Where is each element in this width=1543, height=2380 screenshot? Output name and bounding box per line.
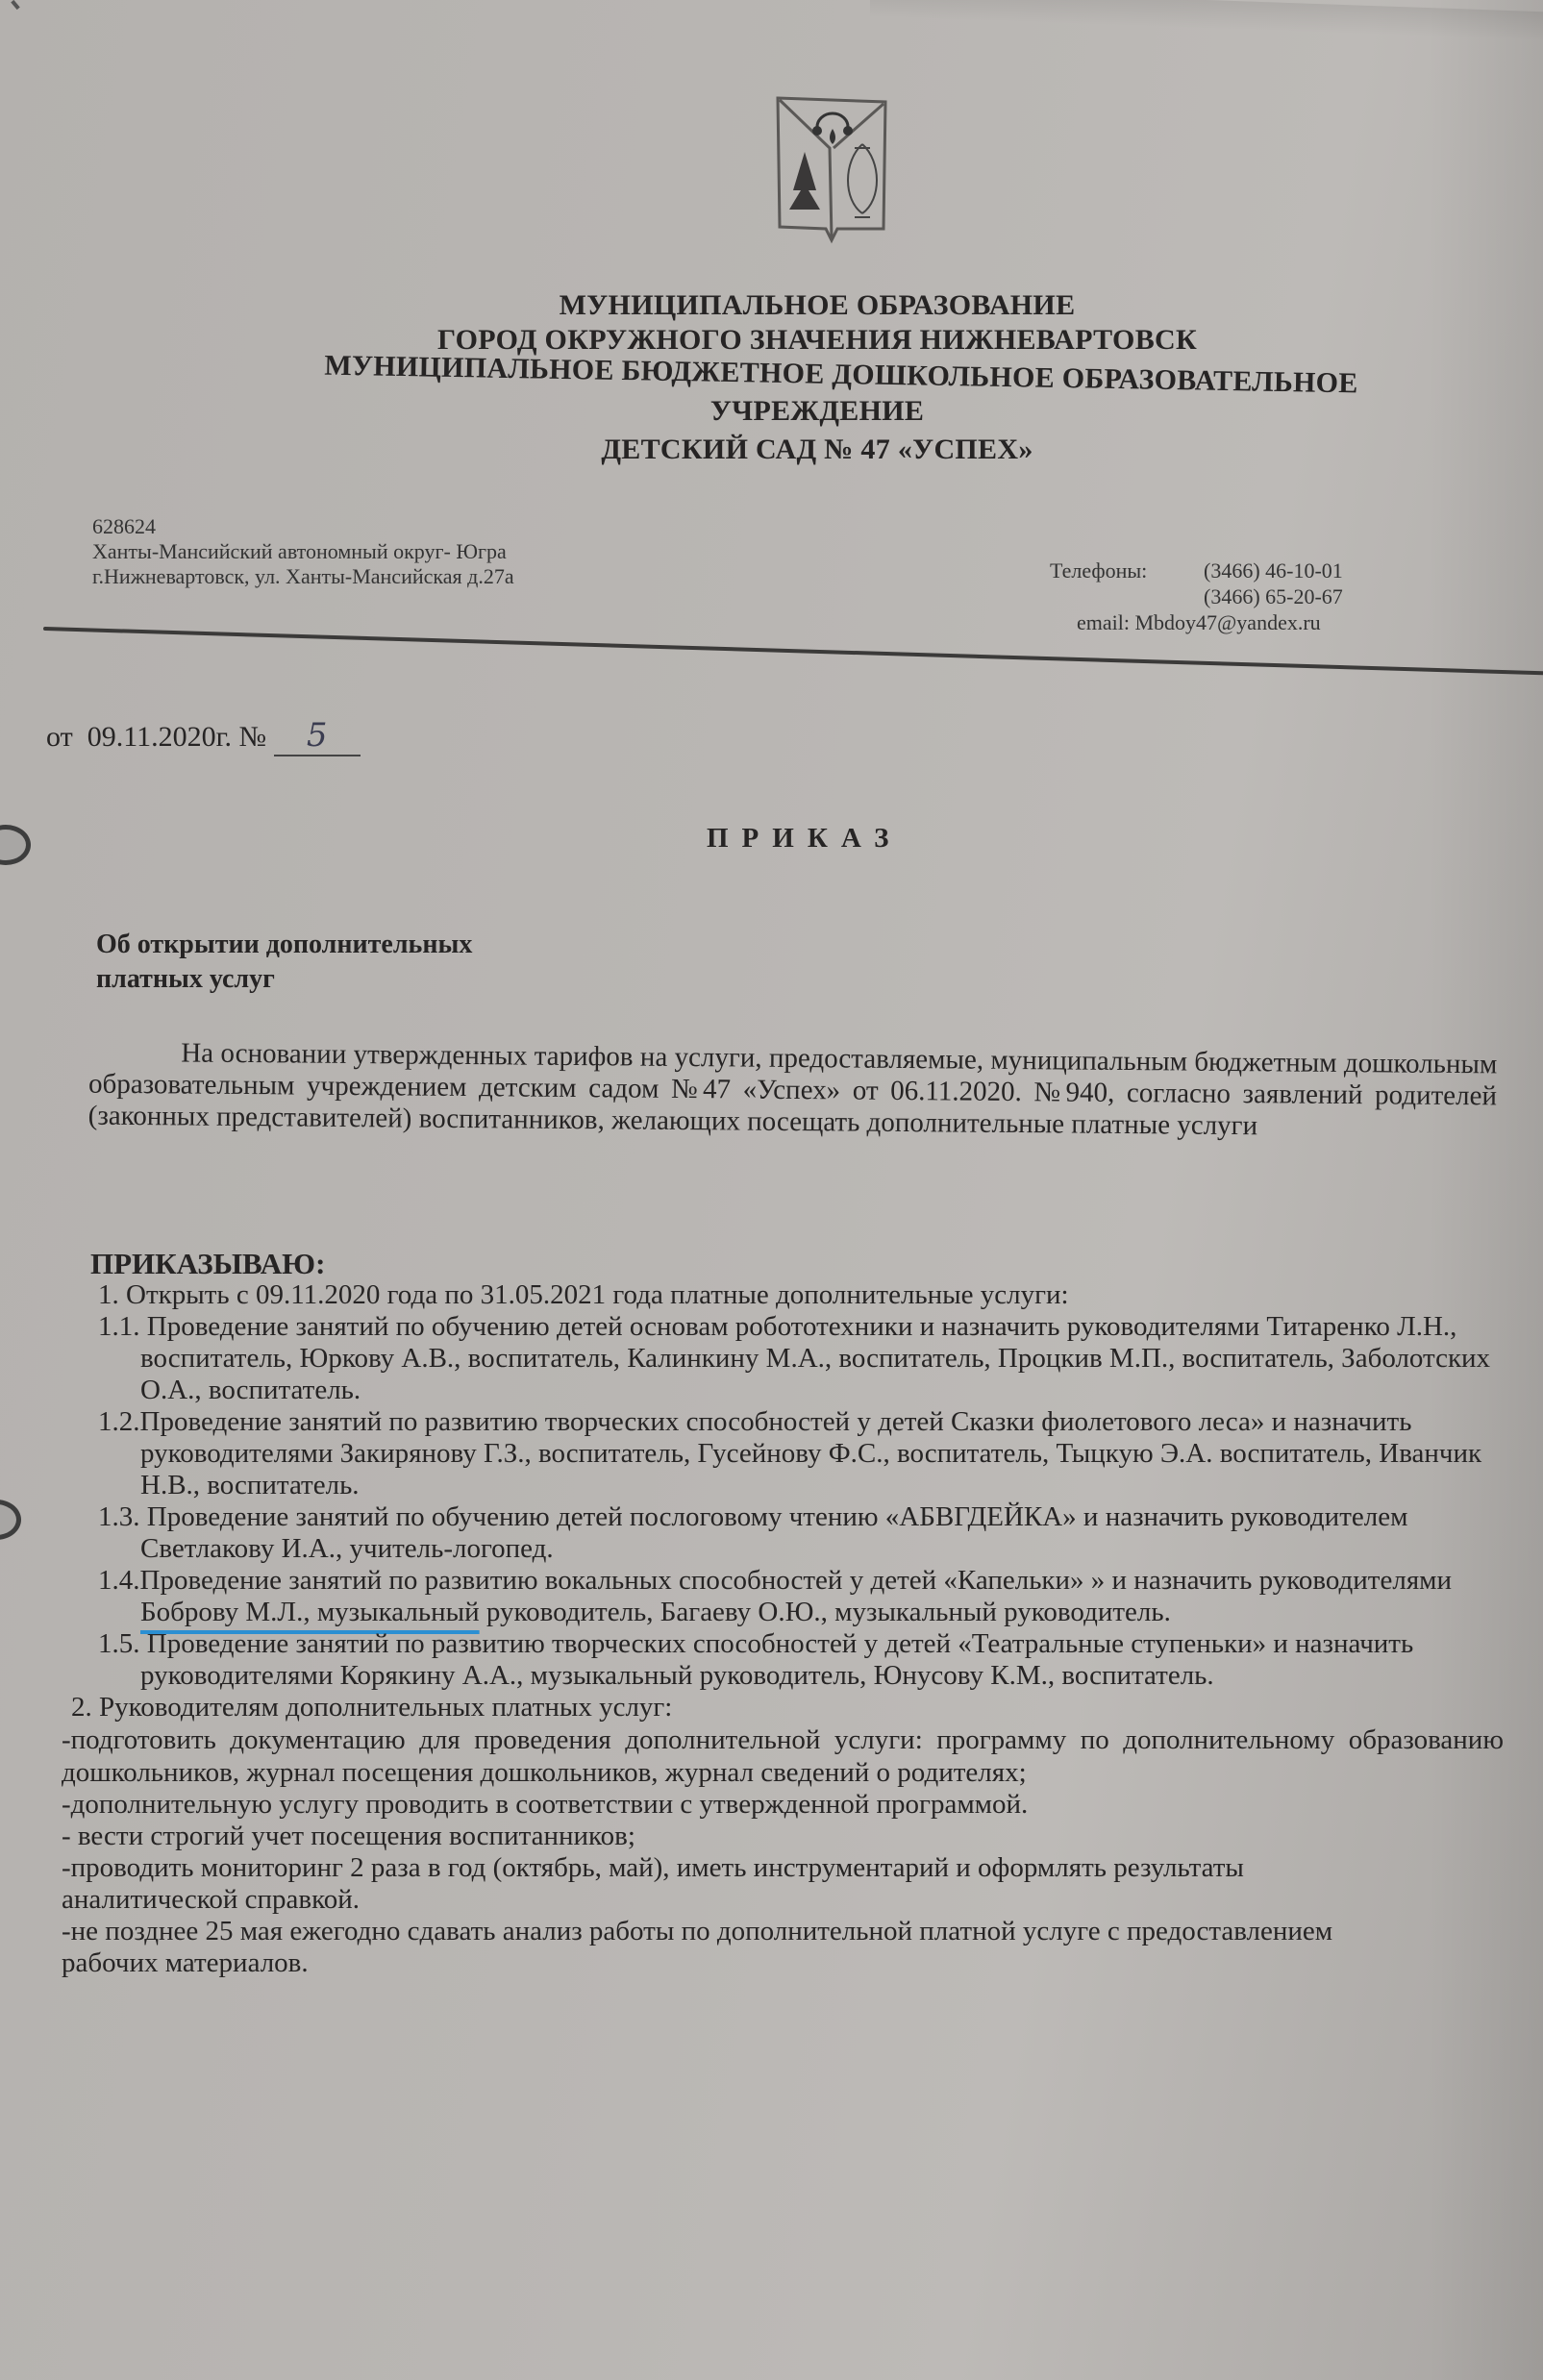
order-item-1: 1. Открыть с 09.11.2020 года по 31.05.20… (90, 1279, 1504, 1311)
binder-hole (0, 1500, 21, 1540)
preamble: На основании утвержденных тарифов на усл… (88, 1037, 1498, 1145)
phones-label: Телефоны: (1050, 558, 1204, 583)
binder-hole (0, 825, 31, 865)
phone-2: (3466) 65-20-67 (1204, 583, 1343, 609)
orders-section: ПРИКАЗЫВАЮ: 1. Открыть с 09.11.2020 года… (90, 1248, 1504, 1979)
phone-1: (3466) 46-10-01 (1204, 558, 1343, 583)
order-item-2: 2. Руководителям дополнительных платных … (71, 1692, 1504, 1723)
order-subitem-1-4: 1.4.Проведение занятий по развитию вокал… (90, 1565, 1543, 1628)
order-subitem-1-5: 1.5. Проведение занятий по развитию твор… (90, 1628, 1429, 1692)
order-date-line: от 09.11.2020г. № 5 (46, 716, 361, 756)
page-shadow-top (870, 0, 1543, 40)
subitem-1-4-text: 1.4.Проведение занятий по развитию вокал… (98, 1565, 1452, 1596)
coat-of-arms-icon (774, 94, 889, 244)
page-shadow (1428, 0, 1543, 2380)
subject-line-1: Об открытии дополнительных (96, 928, 472, 962)
duty-item: -не позднее 25 мая ежегодно сдавать анал… (62, 1916, 1388, 1979)
duties-list: -подготовить документацию для проведения… (62, 1723, 1504, 1979)
order-subject: Об открытии дополнительных платных услуг (96, 928, 472, 997)
duty-item: -подготовить документацию для проведения… (62, 1723, 1504, 1789)
duty-item: - вести строгий учет посещения воспитанн… (62, 1821, 1504, 1852)
duty-item: -проводить мониторинг 2 раза в год (октя… (62, 1852, 1388, 1916)
orders-heading: ПРИКАЗЫВАЮ: (90, 1248, 1504, 1279)
order-subitem-1-3: 1.3. Проведение занятий по обучению дете… (90, 1501, 1543, 1565)
order-subitem-1-2: 1.2.Проведение занятий по развитию творч… (90, 1406, 1486, 1501)
header-kindergarten: ДЕТСКИЙ САД № 47 «УСПЕХ» (192, 433, 1442, 467)
order-subitem-1-1: 1.1. Проведение занятий по обучению дете… (90, 1311, 1515, 1406)
number-label: № (239, 721, 267, 753)
postcode: 628624 (92, 514, 514, 539)
email: email: Mbdoy47@yandex.ru (1050, 609, 1343, 635)
document-title: ПРИКАЗ (707, 823, 902, 855)
subject-line-2: платных услуг (96, 962, 472, 997)
header-municipality: МУНИЦИПАЛЬНОЕ ОБРАЗОВАНИЕ (192, 288, 1442, 323)
duty-item: -дополнительную услугу проводить в соотв… (62, 1789, 1504, 1821)
corner-mark (11, 0, 19, 10)
contacts-block: Телефоны:(3466) 46-10-01 (3466) 65-20-67… (1050, 558, 1343, 635)
address-street: г.Нижневартовск, ул. Ханты-Мансийская д.… (92, 564, 514, 589)
order-date: 09.11.2020г. (87, 721, 232, 753)
subitem-1-4-text-end: руководитель, Багаеву О.Ю., музыкальный … (480, 1597, 1171, 1627)
header-institution-cont: УЧРЕЖДЕНИЕ (192, 394, 1442, 429)
date-prefix: от (46, 721, 73, 753)
underlined-name: Боброву М.Л., музыкальный (140, 1597, 480, 1627)
address-region: Ханты-Мансийский автономный округ- Югра (92, 539, 514, 564)
order-number: 5 (274, 716, 361, 756)
address-block: 628624 Ханты-Мансийский автономный округ… (92, 514, 514, 589)
